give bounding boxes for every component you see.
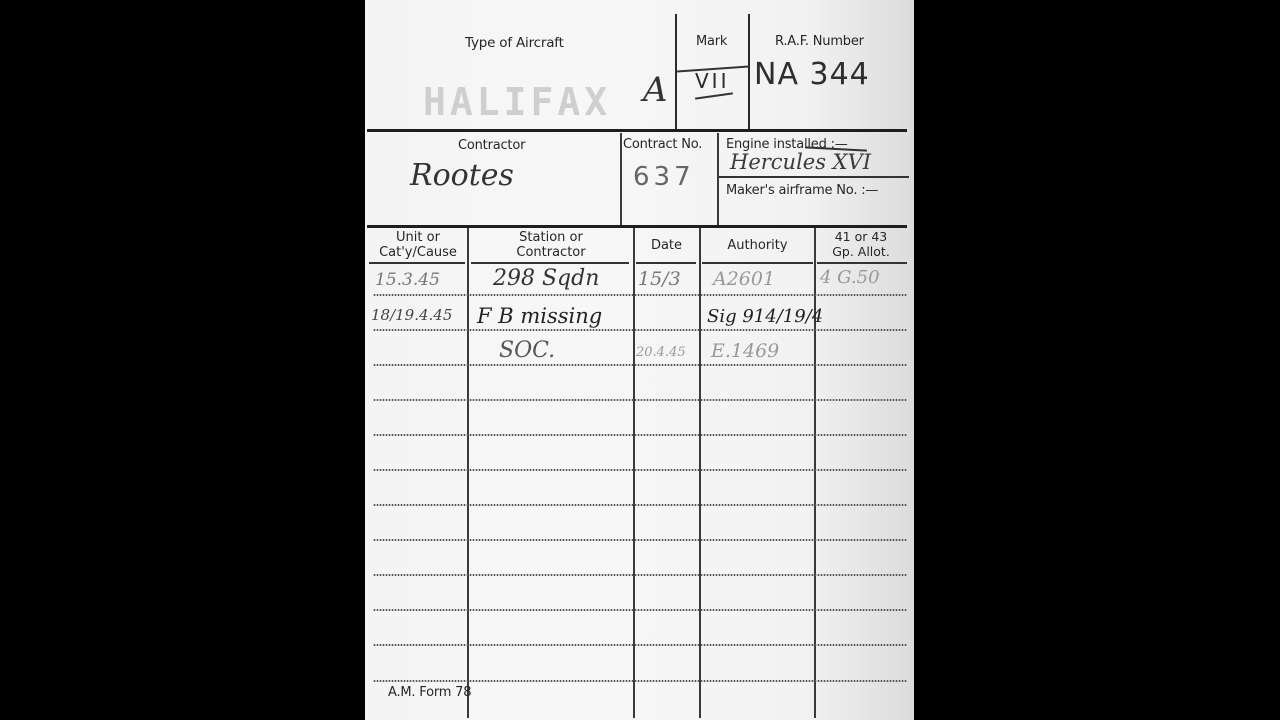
col-header-unit-line1: Unit or (369, 230, 467, 245)
form-number-label: A.M. Form 78 (388, 685, 471, 700)
row1-group-allot: 4 G.50 (820, 267, 880, 288)
contractor-label: Contractor (458, 138, 525, 153)
contract-no-label: Contract No. (623, 137, 702, 152)
makers-airframe-label: Maker's airframe No. :— (726, 183, 878, 198)
type-of-aircraft-label: Type of Aircraft (465, 35, 564, 51)
contractor-value: Rootes (410, 158, 514, 193)
row3-date: 20.4.45 (636, 345, 686, 360)
col-header-date: Date (634, 238, 699, 253)
engine-rule (719, 176, 909, 178)
ruled-line (373, 469, 907, 471)
mark-value-underline (695, 92, 733, 99)
col-header-station-line1: Station or (469, 230, 633, 245)
contract-no-value: 637 (633, 162, 695, 192)
aircraft-type-suffix: A (643, 70, 668, 110)
ruled-line (373, 609, 907, 611)
header-rule-unit (369, 262, 465, 264)
ruled-line (373, 574, 907, 576)
am-form-78-record-card: Type of Aircraft HALIFAX A Mark VII R.A.… (365, 0, 914, 720)
row1-date: 15/3 (638, 268, 681, 290)
row3-station: SOC. (499, 338, 555, 363)
row3-authority: E.1469 (711, 340, 779, 362)
header-rule-station (471, 262, 629, 264)
col-header-allot-line2: Gp. Allot. (816, 244, 906, 259)
ruled-line (373, 329, 907, 331)
raf-number-value: NA 344 (754, 57, 870, 92)
aircraft-type-stamp: HALIFAX (423, 80, 611, 124)
ruled-line (373, 399, 907, 401)
raf-number-label: R.A.F. Number (775, 34, 864, 49)
mark-right-divider (748, 14, 750, 129)
engine-installed-value: Hercules XVI (730, 150, 871, 174)
contract-section-rule (367, 225, 907, 228)
row1-station: 298 Sqdn (493, 266, 599, 291)
row2-authority: Sig 914/19/4 (707, 306, 823, 327)
col-header-authority: Authority (701, 238, 814, 253)
engine-left-divider (717, 133, 719, 225)
col-header-group-allot: 41 or 43 Gp. Allot. (816, 229, 906, 259)
ruled-line (373, 504, 907, 506)
top-section-rule (367, 129, 907, 132)
col-header-station-line2: Contractor (469, 245, 633, 260)
ruled-line (373, 364, 907, 366)
contract-no-left-divider (620, 133, 622, 225)
mark-label: Mark (696, 34, 727, 49)
row1-unit: 15.3.45 (375, 270, 440, 290)
ruled-line (373, 539, 907, 541)
col-header-unit-line2: Cat'y/Cause (369, 245, 467, 260)
row1-authority: A2601 (713, 268, 775, 290)
col-header-unit: Unit or Cat'y/Cause (369, 230, 467, 260)
header-rule-authority (702, 262, 813, 264)
row2-station: F B missing (477, 304, 602, 328)
ruled-line (373, 680, 907, 682)
col-header-station: Station or Contractor (469, 230, 633, 260)
mark-value: VII (695, 69, 729, 93)
header-rule-allot (817, 262, 907, 264)
col-header-allot-line1: 41 or 43 (816, 229, 906, 244)
ruled-line (373, 294, 907, 296)
header-rule-date (636, 262, 696, 264)
row2-unit: 18/19.4.45 (371, 306, 452, 324)
ruled-line (373, 434, 907, 436)
ruled-line (373, 644, 907, 646)
